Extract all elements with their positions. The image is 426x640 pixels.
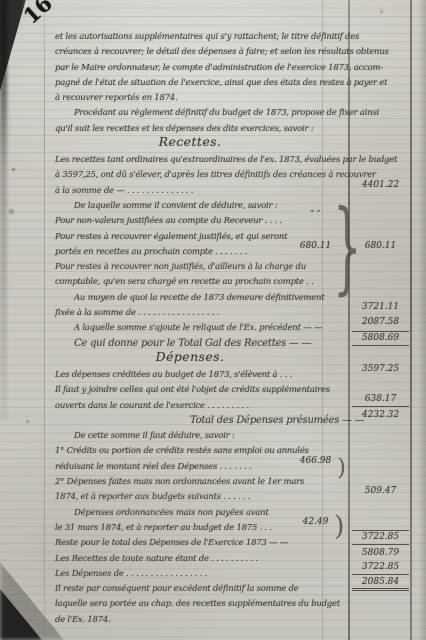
line-text: de l'Ex. 1874. bbox=[55, 615, 110, 625]
manuscript-line: A laquelle somme s'ajoute le reliquat de… bbox=[0, 315, 426, 330]
grouping-paren-top: ) bbox=[337, 455, 346, 481]
grouping-brace: } bbox=[333, 196, 362, 300]
grouping-paren-bottom: ) bbox=[334, 511, 345, 542]
section-heading: Recettes. bbox=[0, 131, 380, 147]
manuscript-line: Pour non-valeurs justifiées au compte du… bbox=[0, 208, 426, 223]
manuscript-line: fixée à la somme de . . . . . . . . . . … bbox=[0, 300, 426, 315]
manuscript-line: et les autorisations supplémentaires qui… bbox=[0, 24, 426, 39]
amount-total: 2085.84 bbox=[352, 576, 409, 591]
page-edge-left bbox=[0, 0, 7, 420]
manuscript-line: Dépenses ordonnancées mais non payées av… bbox=[0, 500, 426, 515]
manuscript-line: réduisant le montant réel des Dépenses .… bbox=[0, 454, 426, 469]
amount-total: 638.17 bbox=[352, 393, 409, 407]
amount-total: 509.47 bbox=[352, 484, 409, 498]
manuscript-line: Les Dépenses de . . . . . . . . . . . . … bbox=[0, 561, 426, 576]
manuscript-line: à 3597,25, ont dû s'élever, d'après les … bbox=[0, 162, 426, 177]
amount-total: 3722.85 bbox=[352, 561, 409, 575]
manuscript-line: De cette somme il faut déduire, savoir : bbox=[0, 423, 426, 438]
amount-partial: 42.49 bbox=[291, 515, 340, 529]
ink-specks bbox=[12, 168, 15, 171]
manuscript-line: ouverts dans le courant de l'exercice . … bbox=[0, 393, 426, 408]
manuscript-line: Il reste par conséquent pour excédent dé… bbox=[0, 576, 426, 591]
manuscript-line: Total des Dépenses présumées — —4232.32 bbox=[0, 408, 426, 423]
manuscript-line: Les dépenses créditées au budget de 1873… bbox=[0, 362, 426, 377]
manuscript-line: Il faut y joindre celles qui ont été l'o… bbox=[0, 377, 426, 392]
manuscript-line: Reste pour le total des Dépenses de l'Ex… bbox=[0, 530, 426, 545]
amount-total: 5808.79 bbox=[352, 546, 409, 560]
manuscript-line: Au moyen de quoi la recette de 1873 deme… bbox=[0, 285, 426, 300]
amount-total: 2087.58 bbox=[352, 315, 409, 329]
manuscript-line: pagné de l'état de situation de l'exerci… bbox=[0, 70, 426, 85]
amount-total: 3722.85 bbox=[352, 530, 409, 545]
manuscript-line: Procédant au règlement définitif du budg… bbox=[0, 100, 426, 115]
manuscript-line: Ce qui donne pour le Total Gal des Recet… bbox=[0, 331, 426, 346]
manuscript-line: le 31 mars 1874, et à reporter au budget… bbox=[0, 515, 426, 530]
manuscript-page: et les autorisations supplémentaires qui… bbox=[0, 0, 426, 640]
manuscript-line: Pour restes à recouvrer également justif… bbox=[0, 224, 426, 239]
manuscript-line: à recouvrer reportés en 1874. bbox=[0, 85, 426, 100]
amount-total: 4232.32 bbox=[352, 408, 409, 422]
manuscript-line: 1874, et à reporter aux budgets suivants… bbox=[0, 484, 426, 499]
manuscript-line: de l'Ex. 1874. bbox=[0, 607, 426, 622]
page-edge-right bbox=[418, 0, 426, 640]
manuscript-line: Pour restes à recouvrer non justifiés, d… bbox=[0, 254, 426, 269]
manuscript-line: Les Recettes de toute nature étant de . … bbox=[0, 546, 426, 561]
manuscript-line: 1° Crédits ou portion de crédits restés … bbox=[0, 438, 426, 453]
manuscript-line: créances à recouvrer; le détail des dépe… bbox=[0, 39, 426, 54]
manuscript-line: par le Maire ordonnateur, le compte d'ad… bbox=[0, 55, 426, 70]
manuscript-line: qu'il suit les recettes et les dépenses … bbox=[0, 116, 426, 131]
manuscript-line: Les recettes tant ordinaires qu'extraord… bbox=[0, 147, 426, 162]
amount-total: 5808.69 bbox=[352, 331, 409, 346]
manuscript-line: De laquelle somme il convient de déduire… bbox=[0, 193, 426, 208]
amount-partial: 466.98 bbox=[291, 454, 340, 468]
manuscript-line: comptable, qu'en sera chargé en recette … bbox=[0, 269, 426, 284]
manuscript-line: 2° Dépenses faites mais non ordonnancées… bbox=[0, 469, 426, 484]
manuscript-content: et les autorisations supplémentaires qui… bbox=[0, 24, 426, 622]
section-heading: Dépenses. bbox=[0, 346, 380, 362]
manuscript-line: à la somme de — . . . . . . . . . . . . … bbox=[0, 178, 426, 193]
manuscript-line: portés en recettes au prochain compte . … bbox=[0, 239, 426, 254]
amount-total: 3597.25 bbox=[352, 362, 409, 376]
manuscript-line: laquelle sera portée au chap. des recett… bbox=[0, 591, 426, 606]
